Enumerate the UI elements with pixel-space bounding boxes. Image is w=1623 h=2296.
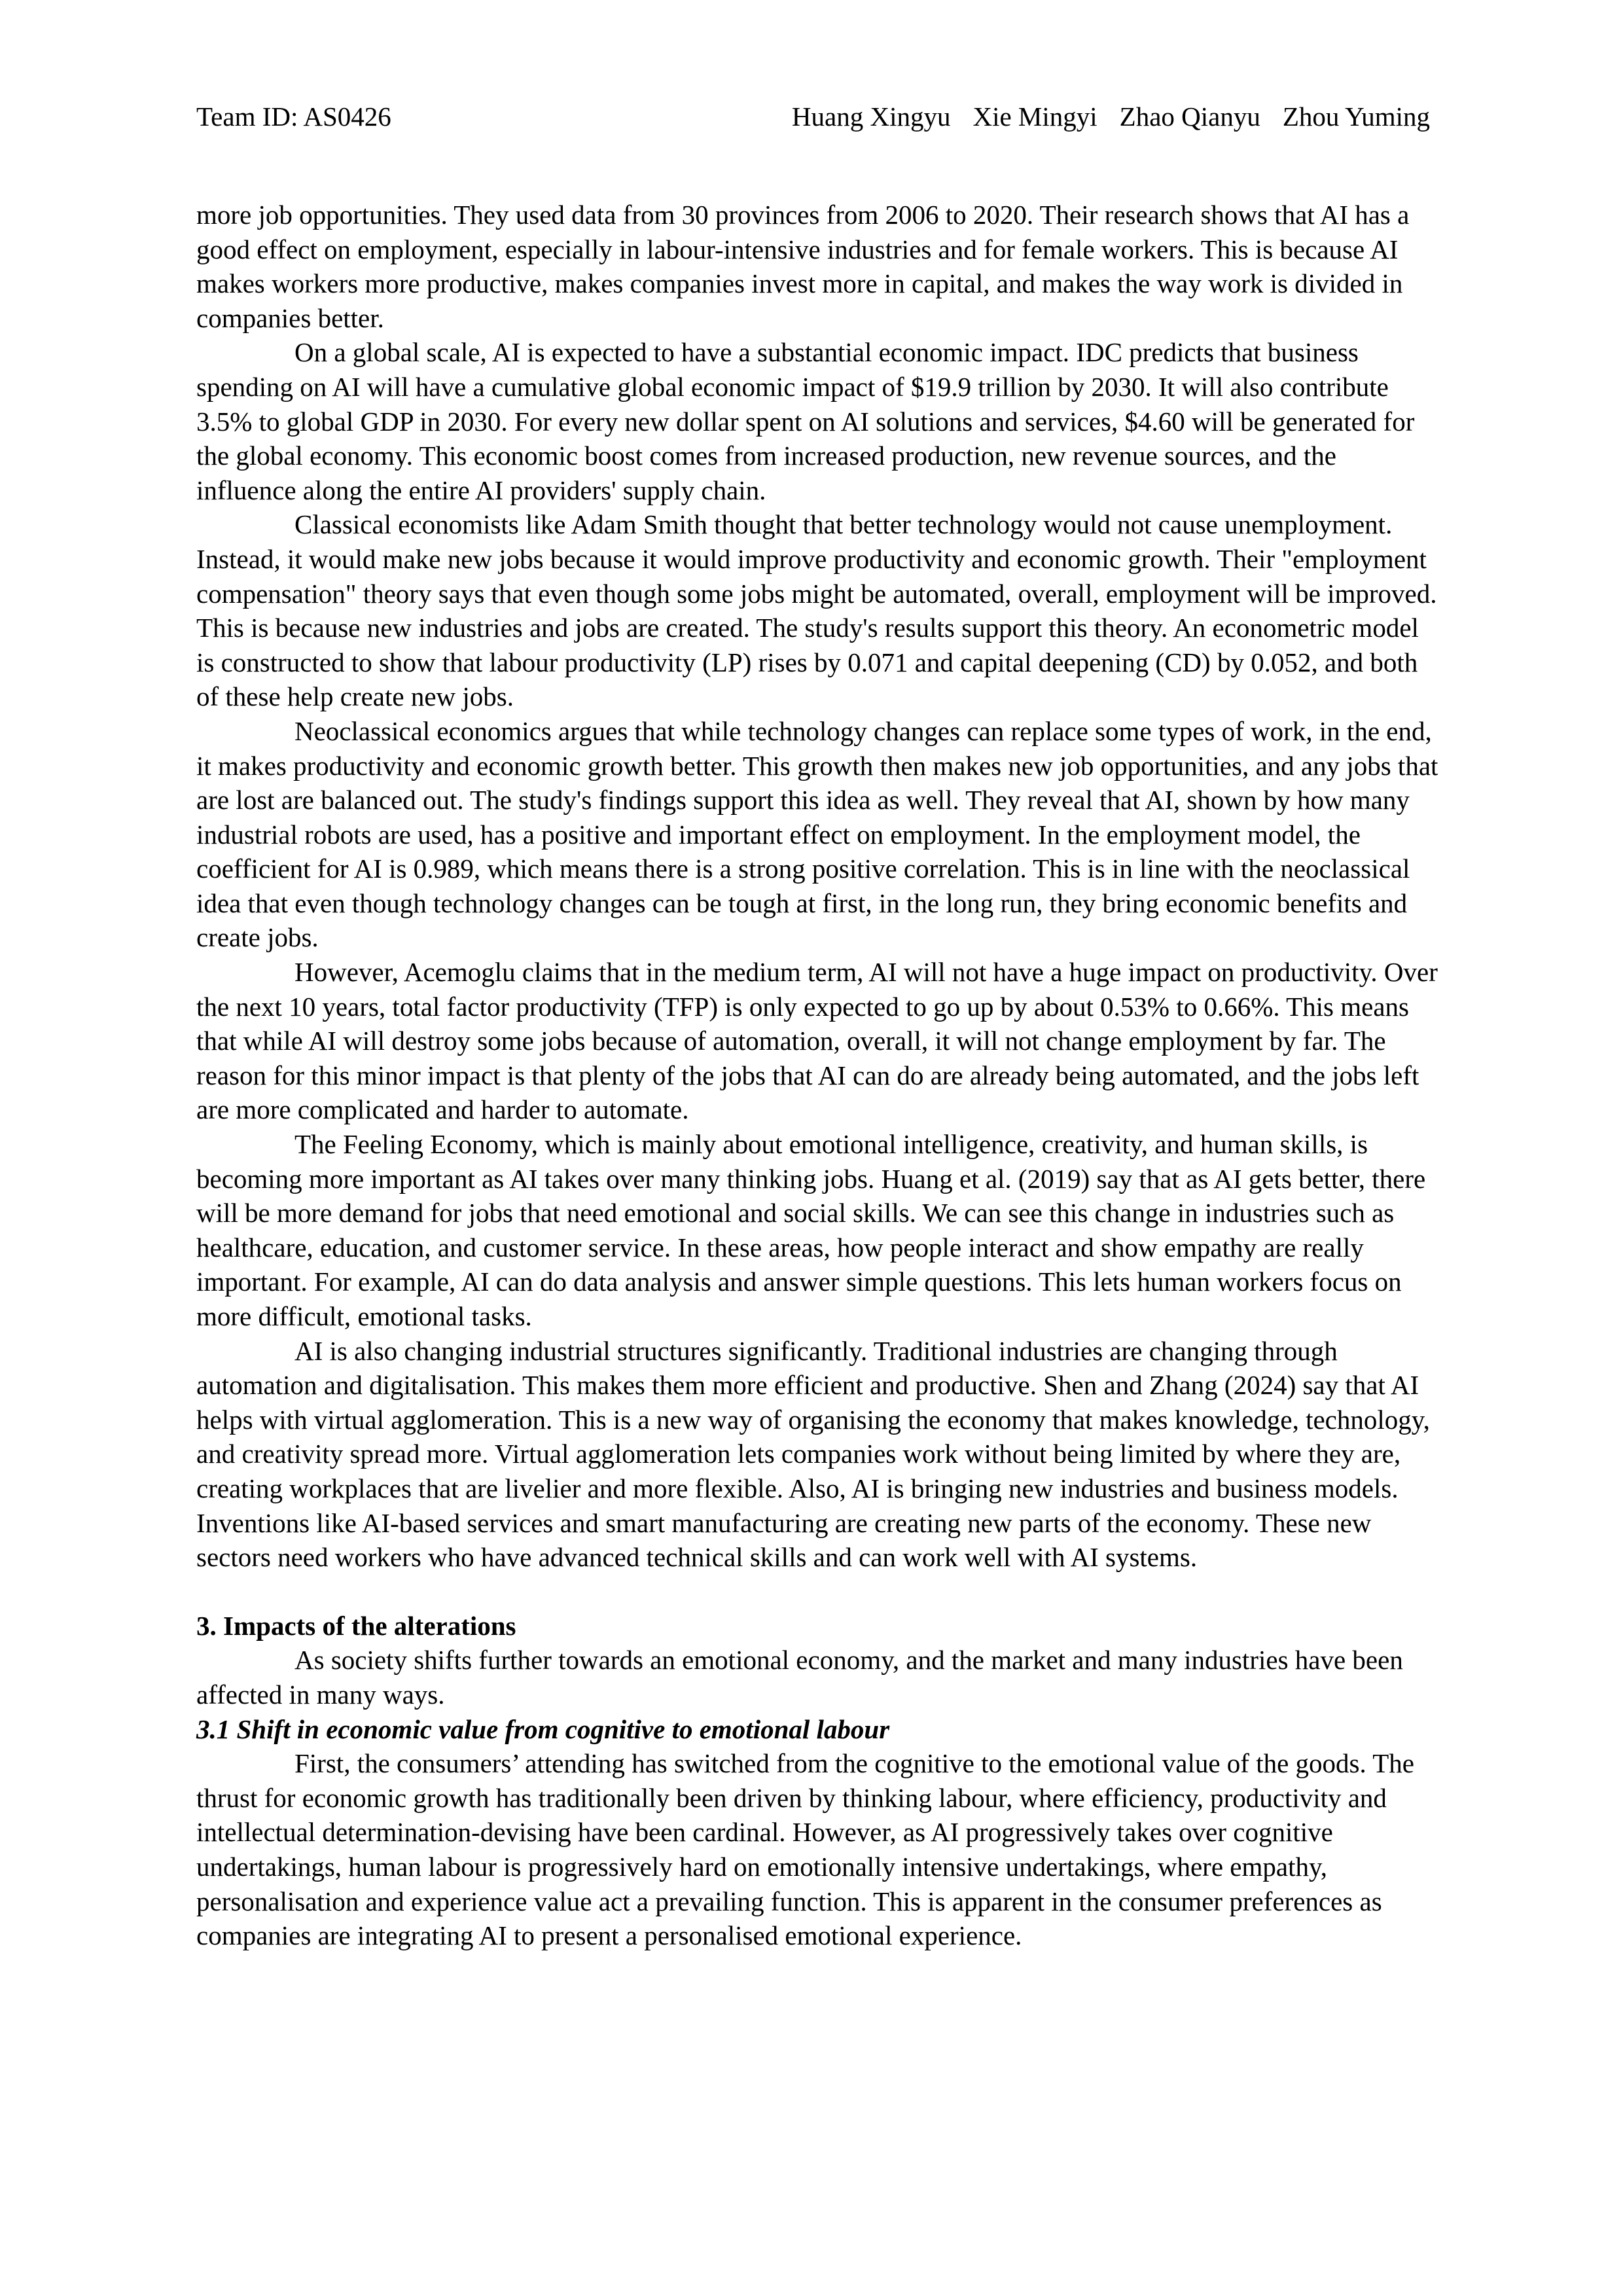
paragraph-industrial-structures: AI is also changing industrial structure… bbox=[196, 1334, 1440, 1575]
paragraph-neoclassical-economics: Neoclassical economics argues that while… bbox=[196, 714, 1440, 955]
author-list: Huang XingyuXie MingyiZhao QianyuZhou Yu… bbox=[792, 97, 1430, 136]
author-name: Huang Xingyu bbox=[792, 101, 951, 132]
author-name: Xie Mingyi bbox=[972, 101, 1097, 132]
team-id: Team ID: AS0426 bbox=[196, 97, 391, 136]
author-name: Zhou Yuming bbox=[1283, 101, 1430, 132]
paragraph-classical-economists: Classical economists like Adam Smith tho… bbox=[196, 507, 1440, 714]
paragraph-feeling-economy: The Feeling Economy, which is mainly abo… bbox=[196, 1127, 1440, 1334]
document-body: more job opportunities. They used data f… bbox=[196, 198, 1440, 1953]
paragraph-global-impact: On a global scale, AI is expected to hav… bbox=[196, 335, 1440, 507]
paragraph-subsection-3-1: First, the consumers’ attending has swit… bbox=[196, 1746, 1440, 1953]
author-name: Zhao Qianyu bbox=[1120, 101, 1260, 132]
section-heading: 3. Impacts of the alterations bbox=[196, 1609, 1440, 1643]
page-header: Team ID: AS0426 Huang XingyuXie MingyiZh… bbox=[196, 97, 1427, 136]
paragraph-acemoglu: However, Acemoglu claims that in the med… bbox=[196, 955, 1440, 1127]
paragraph-continued: more job opportunities. They used data f… bbox=[196, 198, 1440, 335]
subsection-heading: 3.1 Shift in economic value from cogniti… bbox=[196, 1712, 1440, 1747]
paragraph-section3-intro: As society shifts further towards an emo… bbox=[196, 1643, 1440, 1712]
